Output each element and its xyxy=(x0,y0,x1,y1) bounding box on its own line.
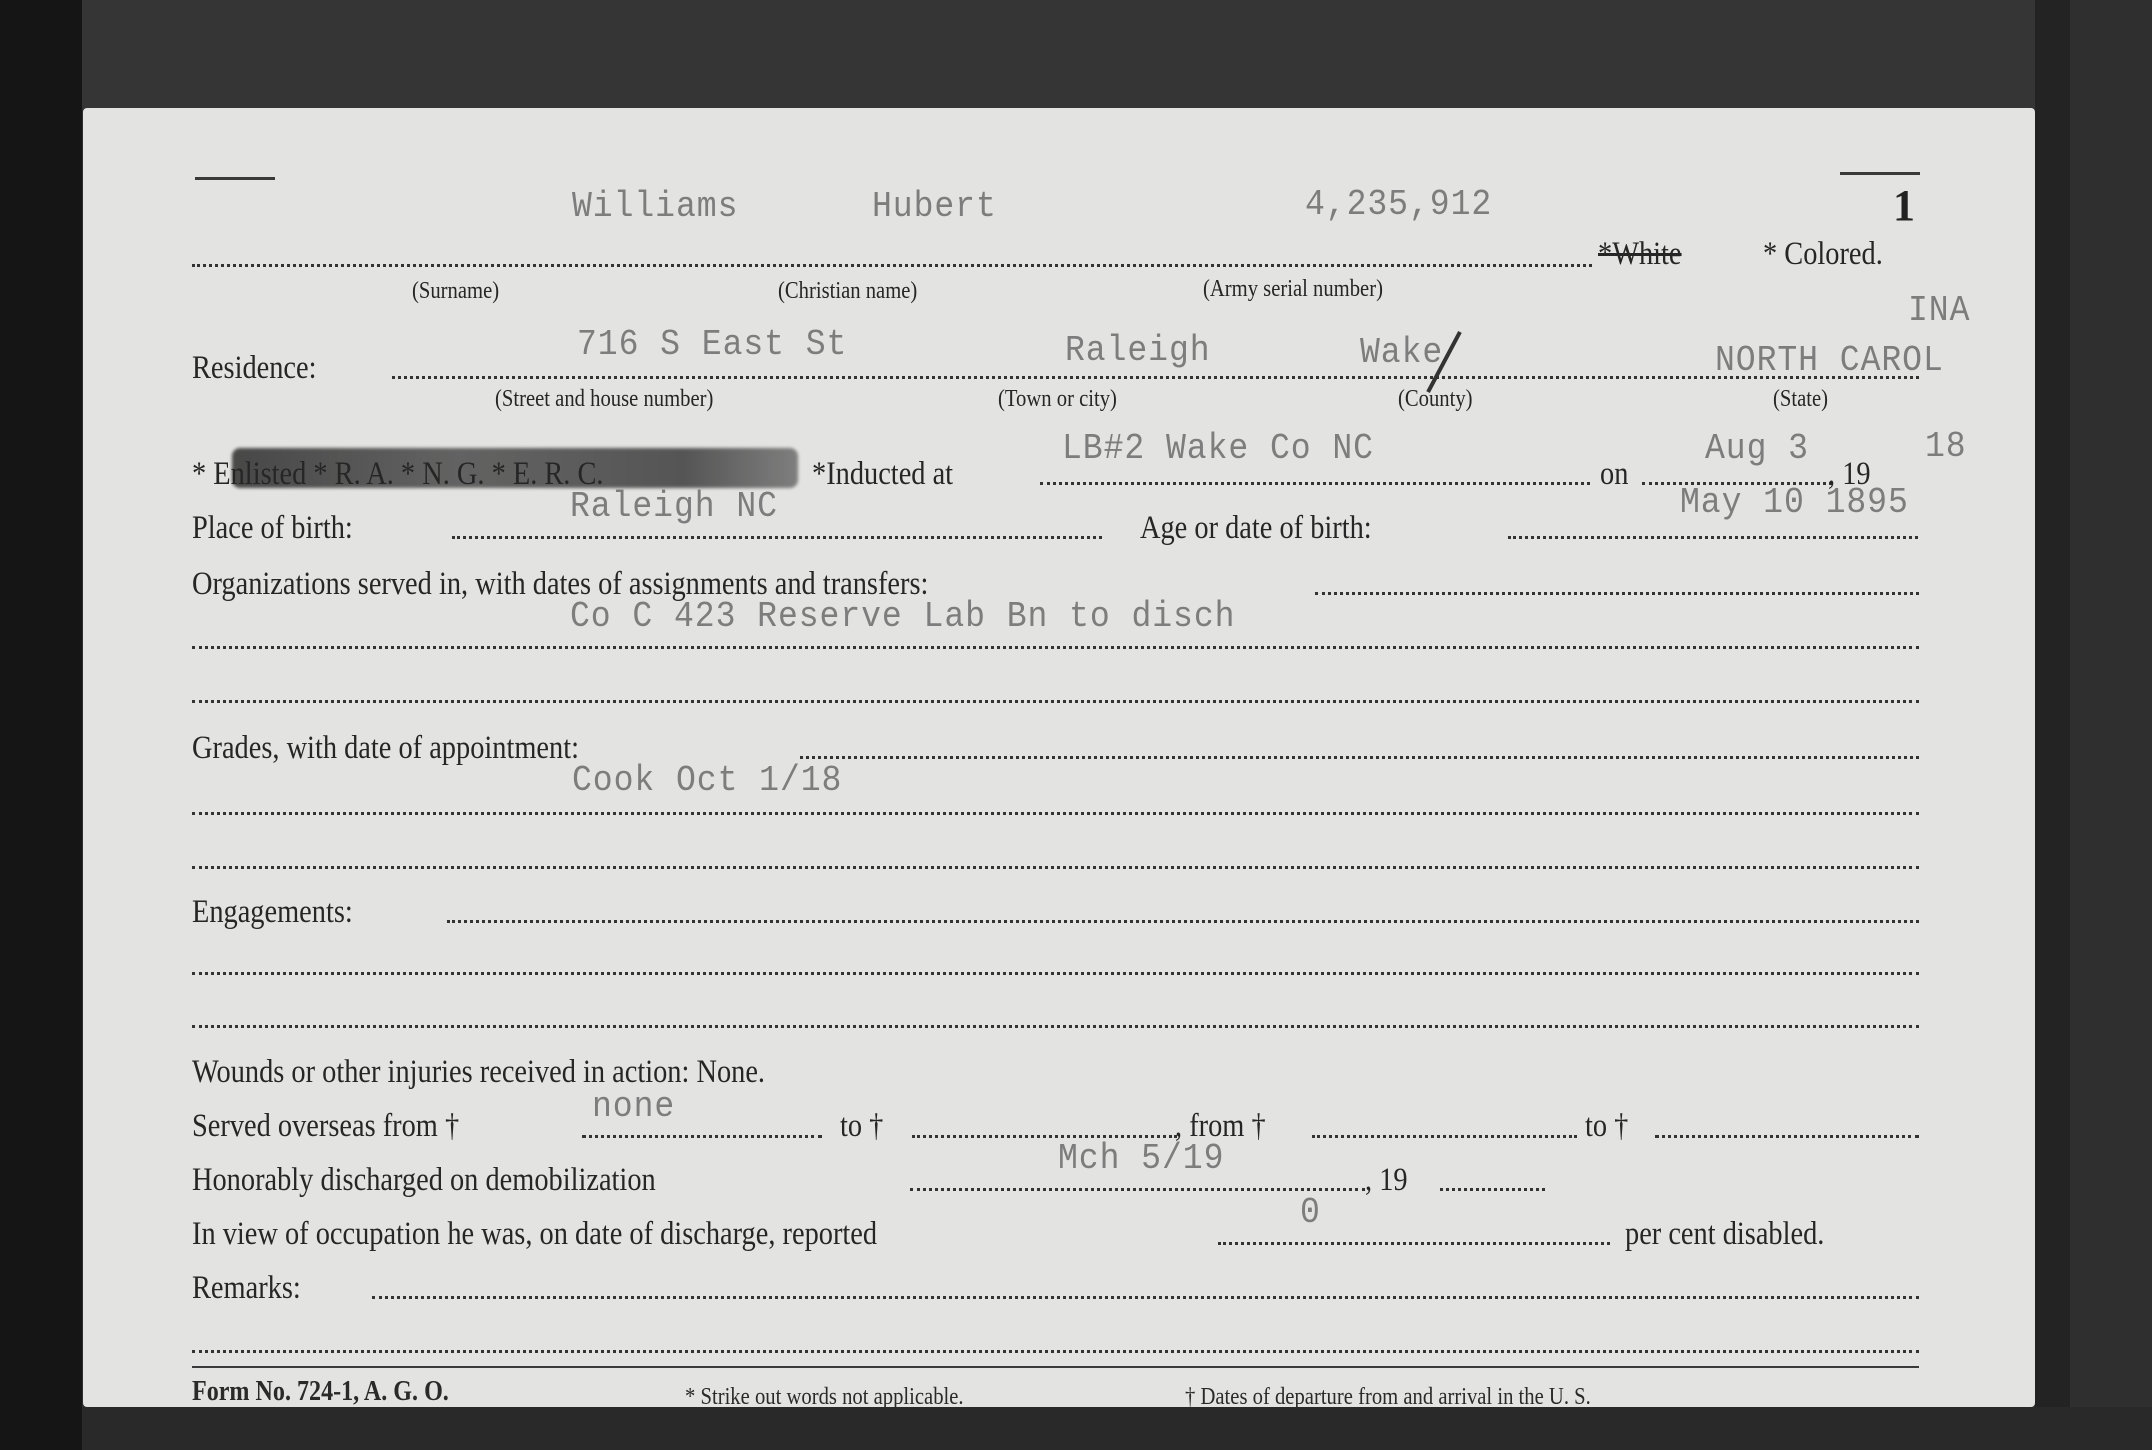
grades-value: Cook Oct 1/18 xyxy=(572,760,842,801)
inducted-at-label: *Inducted at xyxy=(812,456,953,493)
date-of-birth-value: May 10 1895 xyxy=(1680,482,1909,523)
discharge-year-line xyxy=(1440,1188,1545,1191)
scan-background-right xyxy=(2070,0,2152,1450)
overseas-to2-label: to † xyxy=(1585,1108,1628,1145)
state-label: (State) xyxy=(1773,386,1828,413)
organizations-line-2 xyxy=(192,646,1919,649)
footnote-strike: * Strike out words not applicable. xyxy=(685,1384,964,1411)
residence-line xyxy=(392,376,1919,379)
serial-number-value: 4,235,912 xyxy=(1305,184,1492,225)
organizations-line-3 xyxy=(192,700,1919,703)
state-value-line2: INA xyxy=(1908,290,1970,331)
inducted-at-line xyxy=(1040,482,1590,485)
age-label: Age or date of birth: xyxy=(1140,510,1372,547)
name-line xyxy=(192,264,1592,267)
engagements-line-2 xyxy=(192,972,1919,975)
street-label: (Street and house number) xyxy=(495,386,713,413)
date-of-birth-line xyxy=(1508,536,1918,539)
place-of-birth-value: Raleigh NC xyxy=(570,486,778,527)
organizations-line-1 xyxy=(1315,592,1919,595)
engagements-label: Engagements: xyxy=(192,894,353,931)
race-colored: * Colored. xyxy=(1763,236,1883,273)
place-of-birth-line xyxy=(452,536,1102,539)
overseas-from-line xyxy=(582,1135,822,1138)
christian-name-label: (Christian name) xyxy=(778,278,917,305)
overseas-from-label: Served overseas from † xyxy=(192,1108,459,1145)
residence-label: Residence: xyxy=(192,350,317,387)
christian-name-value: Hubert xyxy=(872,186,997,227)
discharge-line xyxy=(910,1188,1365,1191)
on-label: on xyxy=(1600,456,1628,493)
town-value: Raleigh xyxy=(1065,330,1211,371)
place-of-birth-label: Place of birth: xyxy=(192,510,353,547)
serial-number-label: (Army serial number) xyxy=(1203,276,1383,303)
grades-label: Grades, with date of appointment: xyxy=(192,730,579,767)
remarks-line-1 xyxy=(372,1296,1919,1299)
race-white-struck: *White xyxy=(1598,236,1682,273)
scan-border-top xyxy=(82,0,2152,108)
form-number: Form No. 724-1, A. G. O. xyxy=(192,1376,449,1408)
organizations-value: Co C 423 Reserve Lab Bn to disch xyxy=(570,596,1235,637)
overseas-to-label: to † xyxy=(840,1108,883,1145)
discharge-date-value: Mch 5/19 xyxy=(1058,1138,1224,1179)
footnote-dates: † Dates of departure from and arrival in… xyxy=(1185,1384,1591,1411)
disability-value: 0 xyxy=(1300,1192,1321,1233)
induction-year-value: 18 xyxy=(1925,426,1967,467)
wounds-label: Wounds or other injuries received in act… xyxy=(192,1054,765,1091)
street-value: 716 S East St xyxy=(577,324,847,365)
county-label: (County) xyxy=(1398,386,1473,413)
surname-label: (Surname) xyxy=(412,278,499,305)
scan-border-right xyxy=(2035,0,2070,1450)
town-label: (Town or city) xyxy=(998,386,1117,413)
engagements-line-3 xyxy=(192,1025,1919,1028)
top-right-dash xyxy=(1840,172,1920,175)
card-number: 1 xyxy=(1893,180,1915,231)
surname-value: Williams xyxy=(572,186,738,227)
disability-label: In view of occupation he was, on date of… xyxy=(192,1216,877,1253)
discharge-year-label: , 19 xyxy=(1365,1162,1408,1199)
county-value: Wake xyxy=(1360,332,1443,373)
overseas-from-value: none xyxy=(592,1086,675,1127)
scan-border-left xyxy=(0,0,82,1450)
overseas-from2-line xyxy=(1312,1135,1577,1138)
remarks-line-2 xyxy=(192,1350,1919,1353)
grades-line-3 xyxy=(192,866,1919,869)
disability-suffix: per cent disabled. xyxy=(1625,1216,1824,1253)
enlistment-options: * Enlisted * R. A. * N. G. * E. R. C. xyxy=(192,456,604,493)
remarks-label: Remarks: xyxy=(192,1270,301,1307)
inducted-at-value: LB#2 Wake Co NC xyxy=(1062,428,1374,469)
footer-rule xyxy=(192,1366,1919,1368)
overseas-to2-line xyxy=(1655,1135,1919,1138)
discharge-label: Honorably discharged on demobilization xyxy=(192,1162,656,1199)
scan-border-bottom xyxy=(82,1407,2152,1450)
grades-line-2 xyxy=(192,812,1919,815)
disability-line xyxy=(1218,1242,1610,1245)
induction-date-value: Aug 3 xyxy=(1705,428,1809,469)
state-value-line1: NORTH CAROL xyxy=(1715,340,1944,381)
engagements-line-1 xyxy=(447,920,1919,923)
top-left-dash xyxy=(195,177,275,180)
grades-line-1 xyxy=(800,756,1919,759)
